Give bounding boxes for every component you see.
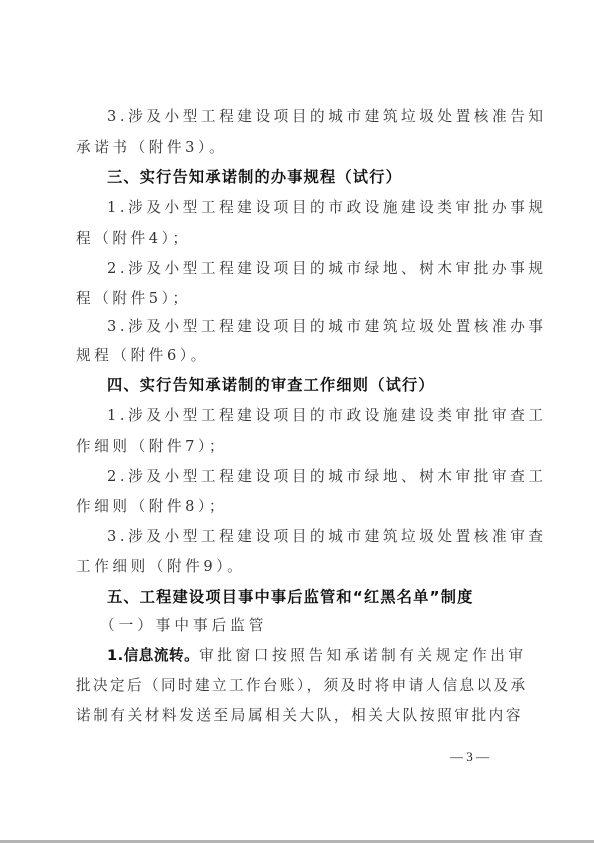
section-heading: 四、实行告知承诺制的审查工作细则（试行）	[107, 374, 517, 396]
item-line: 1.涉及小型工程建设项目的市政设施建设类审批审查工	[107, 405, 517, 427]
item-line: 作细则（附件8）；	[76, 496, 516, 518]
item-line: 2.涉及小型工程建设项目的城市绿地、树木审批办事规	[107, 258, 517, 280]
item-line: 2.涉及小型工程建设项目的城市绿地、树木审批审查工	[107, 466, 517, 488]
item-line: 规程（附件6）。	[76, 345, 516, 367]
item-line: 工作细则（附件9）。	[76, 556, 516, 578]
item-line: 程（附件4）；	[76, 228, 516, 250]
item-line: 3.涉及小型工程建设项目的城市建筑垃圾处置核准告知	[107, 106, 517, 128]
lead-text: 审批窗口按照告知承诺制有关规定作出审	[199, 647, 527, 664]
section-heading: 五、工程建设项目事中事后监管和“红黑名单”制度	[107, 586, 517, 608]
lead-bold-title: 1.信息流转。	[107, 647, 199, 664]
item-line: 承诺书（附件3）。	[76, 137, 516, 159]
item-line: 程（附件5）；	[76, 288, 516, 310]
page-number: — 3 —	[450, 748, 489, 766]
lead-paragraph-line: 1.信息流转。审批窗口按照告知承诺制有关规定作出审	[107, 645, 517, 667]
paragraph-line: 批决定后（同时建立工作台账），须及时将申请人信息以及承	[76, 675, 516, 697]
section-heading: 三、实行告知承诺制的办事规程（试行）	[107, 166, 517, 188]
paragraph-line: 诺制有关材料发送至局属相关大队，相关大队按照审批内容	[76, 705, 516, 727]
subsection-heading: （一）事中事后监管	[100, 615, 540, 637]
item-line: 1.涉及小型工程建设项目的市政设施建设类审批办事规	[107, 197, 517, 219]
item-line: 作细则（附件7）；	[76, 436, 516, 458]
item-line: 3.涉及小型工程建设项目的城市建筑垃圾处置核准办事	[107, 316, 517, 338]
document-page: 3.涉及小型工程建设项目的城市建筑垃圾处置核准告知 承诺书（附件3）。 三、实行…	[0, 0, 594, 840]
item-line: 3.涉及小型工程建设项目的城市建筑垃圾处置核准审查	[107, 526, 517, 548]
